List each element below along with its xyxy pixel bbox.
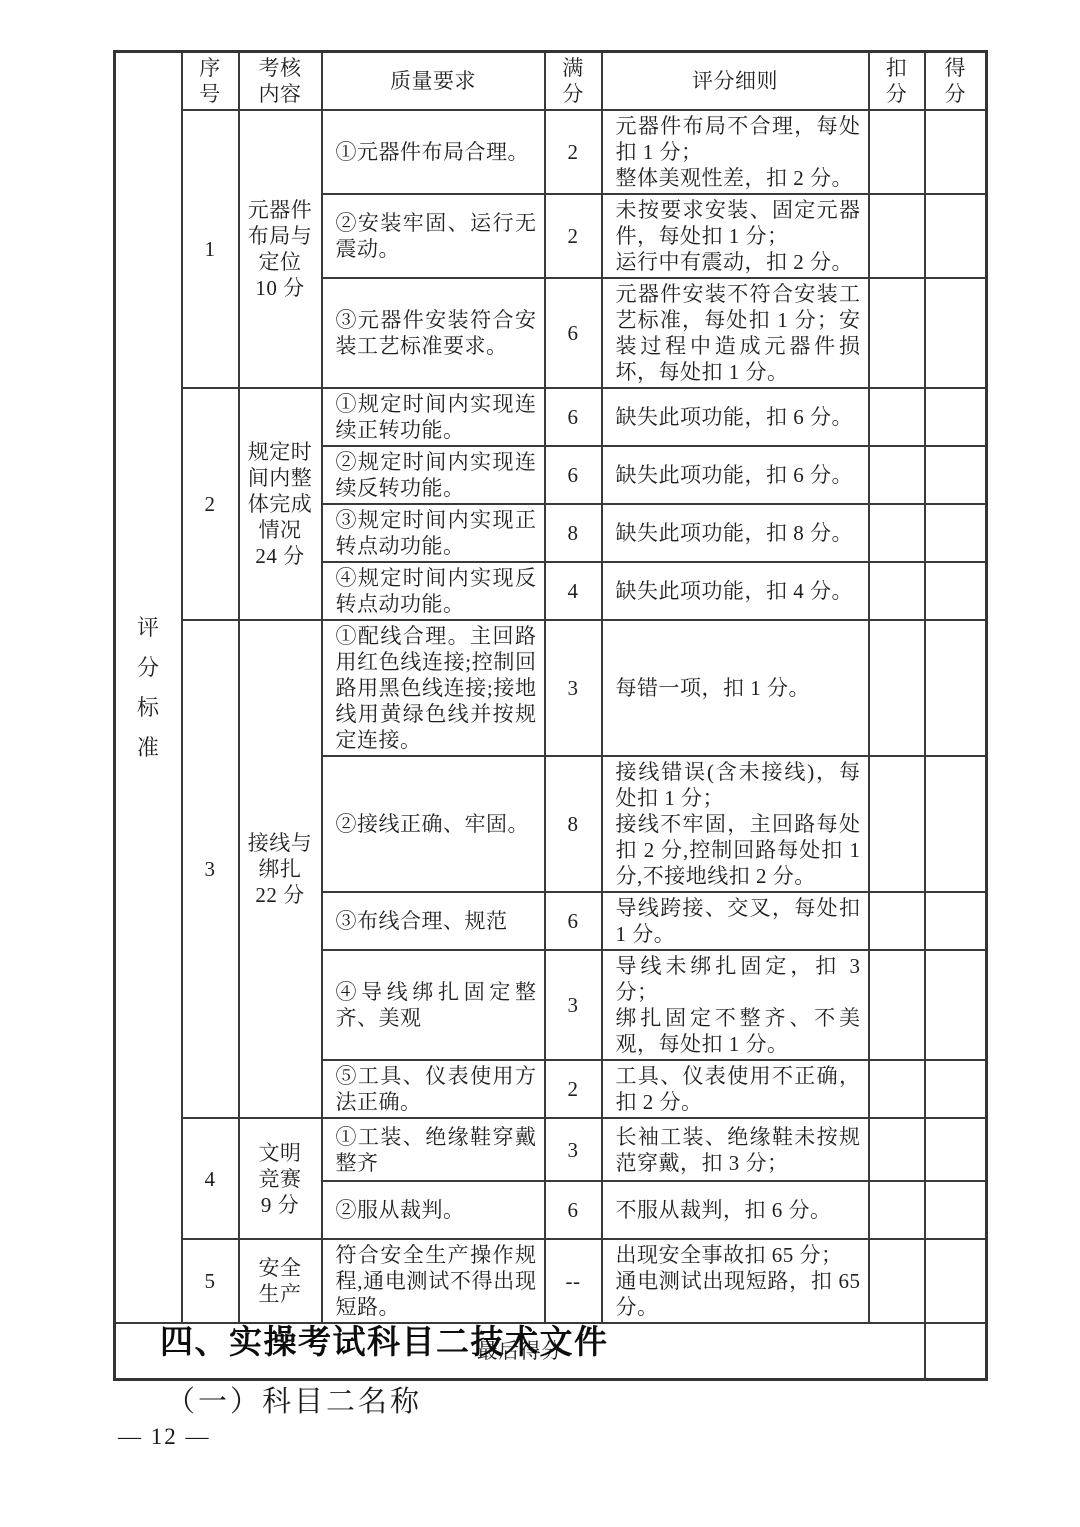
table-row: 4 文明 竞赛 9 分 ①工装、绝缘鞋穿戴整齐 3 长袖工装、绝缘鞋未按规范穿戴… xyxy=(115,1118,987,1181)
deduction-cell xyxy=(869,892,925,950)
section-content: 安全 生产 xyxy=(239,1239,322,1323)
full-score: 6 xyxy=(545,1181,602,1239)
scoring-detail: 元器件布局不合理，每处扣 1 分； 整体美观性差，扣 2 分。 xyxy=(602,110,869,194)
page-number: — 12 — xyxy=(118,1424,211,1450)
scoring-detail: 导线跨接、交叉，每处扣 1 分。 xyxy=(602,892,869,950)
deduction-cell xyxy=(869,756,925,892)
deduction-cell xyxy=(869,278,925,388)
quality-requirement: ②安装牢固、运行无震动。 xyxy=(322,194,545,278)
scoring-detail: 缺失此项功能，扣 6 分。 xyxy=(602,388,869,446)
full-score: 6 xyxy=(545,278,602,388)
quality-requirement: ④规定时间内实现反转点动功能。 xyxy=(322,562,545,620)
scoring-detail: 导线未绑扎固定，扣 3 分； 绑扎固定不整齐、不美观，每处扣 1 分。 xyxy=(602,950,869,1060)
column-header-full-score: 满 分 xyxy=(545,52,602,111)
gained-score-cell xyxy=(925,756,987,892)
table-row: 2 规定时 间内整 体完成 情况 24 分 ①规定时间内实现连续正转功能。 6 … xyxy=(115,388,987,446)
column-header-deduction: 扣 分 xyxy=(869,52,925,111)
full-score: 3 xyxy=(545,1118,602,1181)
full-score: 4 xyxy=(545,562,602,620)
section-content: 规定时 间内整 体完成 情况 24 分 xyxy=(239,388,322,620)
side-label-char: 标 xyxy=(137,695,160,721)
deduction-cell xyxy=(869,1239,925,1323)
deduction-cell xyxy=(869,504,925,562)
deduction-cell xyxy=(869,562,925,620)
scoring-detail: 不服从裁判，扣 6 分。 xyxy=(602,1181,869,1239)
deduction-cell xyxy=(869,1181,925,1239)
full-score: 2 xyxy=(545,110,602,194)
full-score: 8 xyxy=(545,756,602,892)
full-score: 3 xyxy=(545,620,602,756)
column-header-gained: 得 分 xyxy=(925,52,987,111)
gained-score-cell xyxy=(925,194,987,278)
quality-requirement: ②服从裁判。 xyxy=(322,1181,545,1239)
gained-score-cell xyxy=(925,892,987,950)
deduction-cell xyxy=(869,1118,925,1181)
quality-requirement: ①工装、绝缘鞋穿戴整齐 xyxy=(322,1118,545,1181)
section-content: 元器件 布局与 定位 10 分 xyxy=(239,110,322,388)
deduction-cell xyxy=(869,110,925,194)
full-score: 8 xyxy=(545,504,602,562)
quality-requirement: ②规定时间内实现连续反转功能。 xyxy=(322,446,545,504)
gained-score-cell xyxy=(925,1239,987,1323)
quality-requirement: ④导线绑扎固定整齐、美观 xyxy=(322,950,545,1060)
scoring-detail: 每错一项，扣 1 分。 xyxy=(602,620,869,756)
section-heading: 四、实操考试科目二技术文件 xyxy=(160,1316,609,1363)
scoring-detail: 元器件安装不符合安装工艺标准，每处扣 1 分；安装过程中造成元器件损坏，每处扣 … xyxy=(602,278,869,388)
column-header-quality: 质量要求 xyxy=(322,52,545,111)
deduction-cell xyxy=(869,194,925,278)
table-row: 5 安全 生产 符合安全生产操作规程,通电测试不得出现短路。 -- 出现安全事故… xyxy=(115,1239,987,1323)
side-label: 评 分 标 准 xyxy=(120,615,177,761)
scoring-detail: 接线错误(含未接线)，每处扣 1 分； 接线不牢固，主回路每处扣 2 分,控制回… xyxy=(602,756,869,892)
gained-score-cell xyxy=(925,620,987,756)
full-score: 6 xyxy=(545,892,602,950)
quality-requirement: ②接线正确、牢固。 xyxy=(322,756,545,892)
column-header-detail: 评分细则 xyxy=(602,52,869,111)
section-content: 文明 竞赛 9 分 xyxy=(239,1118,322,1239)
quality-requirement: ③布线合理、规范 xyxy=(322,892,545,950)
quality-requirement: ①规定时间内实现连续正转功能。 xyxy=(322,388,545,446)
deduction-cell xyxy=(869,446,925,504)
side-label-char: 准 xyxy=(137,735,160,761)
side-label-char: 评 xyxy=(137,615,160,641)
full-score: 6 xyxy=(545,388,602,446)
scoring-detail: 工具、仪表使用不正确，扣 2 分。 xyxy=(602,1060,869,1118)
table-row: 1 元器件 布局与 定位 10 分 ①元器件布局合理。 2 元器件布局不合理，每… xyxy=(115,110,987,194)
deduction-cell xyxy=(869,620,925,756)
gained-score-cell xyxy=(925,562,987,620)
document-page: 评 分 标 准 序 号 考核 内容 质量要求 满 分 评分细则 扣 分 得 分 … xyxy=(0,0,1080,1527)
side-label-char: 分 xyxy=(137,655,160,681)
table-row: 3 接线与 绑扎 22 分 ①配线合理。主回路用红色线连接;控制回路用黑色线连接… xyxy=(115,620,987,756)
deduction-cell xyxy=(869,950,925,1060)
scoring-detail: 缺失此项功能，扣 8 分。 xyxy=(602,504,869,562)
side-label-cell: 评 分 标 准 xyxy=(115,52,182,1324)
deduction-cell xyxy=(869,1060,925,1118)
quality-requirement: ③元器件安装符合安装工艺标准要求。 xyxy=(322,278,545,388)
gained-score-cell xyxy=(925,388,987,446)
gained-score-cell xyxy=(925,446,987,504)
full-score: 2 xyxy=(545,1060,602,1118)
full-score: 6 xyxy=(545,446,602,504)
gained-score-cell xyxy=(925,950,987,1060)
gained-score-cell xyxy=(925,110,987,194)
final-score-cell xyxy=(925,1323,987,1379)
section-number: 1 xyxy=(182,110,239,388)
full-score: -- xyxy=(545,1239,602,1323)
gained-score-cell xyxy=(925,1181,987,1239)
deduction-cell xyxy=(869,388,925,446)
gained-score-cell xyxy=(925,1118,987,1181)
section-number: 2 xyxy=(182,388,239,620)
full-score: 3 xyxy=(545,950,602,1060)
gained-score-cell xyxy=(925,504,987,562)
subsection-heading: （一）科目二名称 xyxy=(166,1379,422,1420)
scoring-table: 评 分 标 准 序 号 考核 内容 质量要求 满 分 评分细则 扣 分 得 分 … xyxy=(113,50,988,1381)
quality-requirement: 符合安全生产操作规程,通电测试不得出现短路。 xyxy=(322,1239,545,1323)
scoring-detail: 长袖工装、绝缘鞋未按规范穿戴，扣 3 分； xyxy=(602,1118,869,1181)
full-score: 2 xyxy=(545,194,602,278)
scoring-detail: 未按要求安装、固定元器件，每处扣 1 分； 运行中有震动，扣 2 分。 xyxy=(602,194,869,278)
column-header-number: 序 号 xyxy=(182,52,239,111)
section-content: 接线与 绑扎 22 分 xyxy=(239,620,322,1118)
section-number: 5 xyxy=(182,1239,239,1323)
quality-requirement: ③规定时间内实现正转点动功能。 xyxy=(322,504,545,562)
gained-score-cell xyxy=(925,1060,987,1118)
section-number: 4 xyxy=(182,1118,239,1239)
quality-requirement: ⑤工具、仪表使用方法正确。 xyxy=(322,1060,545,1118)
scoring-detail: 出现安全事故扣 65 分； 通电测试出现短路，扣 65 分。 xyxy=(602,1239,869,1323)
column-header-content: 考核 内容 xyxy=(239,52,322,111)
scoring-detail: 缺失此项功能，扣 6 分。 xyxy=(602,446,869,504)
scoring-detail: 缺失此项功能，扣 4 分。 xyxy=(602,562,869,620)
quality-requirement: ①配线合理。主回路用红色线连接;控制回路用黑色线连接;接地线用黄绿色线并按规定连… xyxy=(322,620,545,756)
table-header-row: 评 分 标 准 序 号 考核 内容 质量要求 满 分 评分细则 扣 分 得 分 xyxy=(115,52,987,111)
gained-score-cell xyxy=(925,278,987,388)
quality-requirement: ①元器件布局合理。 xyxy=(322,110,545,194)
section-number: 3 xyxy=(182,620,239,1118)
